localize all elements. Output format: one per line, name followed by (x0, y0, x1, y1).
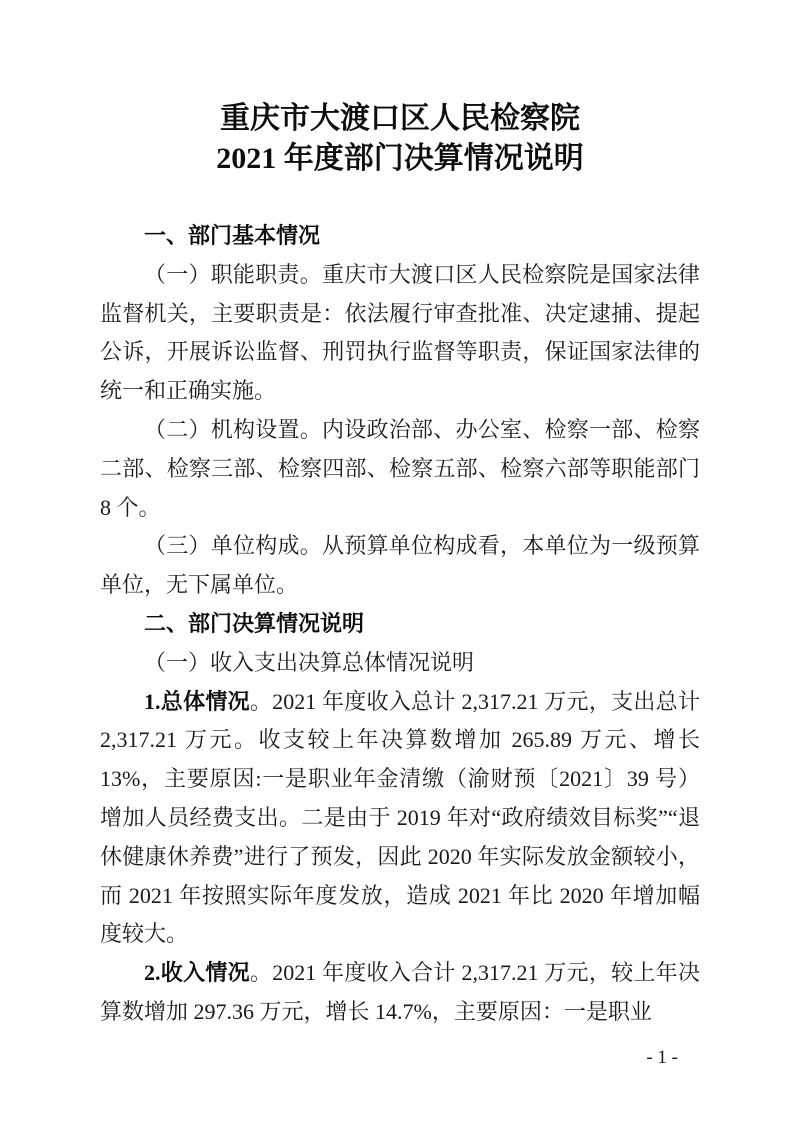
paragraph: 2.收入情况。2021 年度收入合计 2,317.21 万元，较上年决算数增加 … (100, 954, 700, 1032)
paragraph: （一）职能职责。重庆市大渡口区人民检察院是国家法律监督机关，主要职责是：依法履行… (100, 256, 700, 411)
paragraph: 1.总体情况。2021 年度收入总计 2,317.21 万元，支出总计 2,31… (100, 683, 700, 955)
paragraph: （三）单位构成。从预算单位构成看，本单位为一级预算单位，无下属单位。 (100, 527, 700, 605)
paragraph-lead: 2.收入情况 (144, 960, 250, 985)
document-title: 重庆市大渡口区人民检察院 2021 年度部门决算情况说明 (0, 0, 800, 179)
paragraph-lead: 1.总体情况 (144, 689, 250, 714)
document-title-line1: 重庆市大渡口区人民检察院 (0, 99, 800, 139)
document-title-line2: 2021 年度部门决算情况说明 (0, 139, 800, 179)
paragraph-text: 。2021 年度收入总计 2,317.21 万元，支出总计 2,317.21 万… (100, 689, 700, 947)
document-body: 一、部门基本情况（一）职能职责。重庆市大渡口区人民检察院是国家法律监督机关，主要… (100, 217, 700, 1032)
footer-page-number: - 1 - (646, 1047, 678, 1069)
document-page: 重庆市大渡口区人民检察院 2021 年度部门决算情况说明 一、部门基本情况（一）… (0, 0, 800, 1131)
section-heading1: 二、部门决算情况说明 (100, 605, 700, 644)
section-heading2: （一）收入支出决算总体情况说明 (100, 644, 700, 683)
section-heading1: 一、部门基本情况 (100, 217, 700, 256)
paragraph: （二）机构设置。内设政治部、办公室、检察一部、检察二部、检察三部、检察四部、检察… (100, 411, 700, 527)
